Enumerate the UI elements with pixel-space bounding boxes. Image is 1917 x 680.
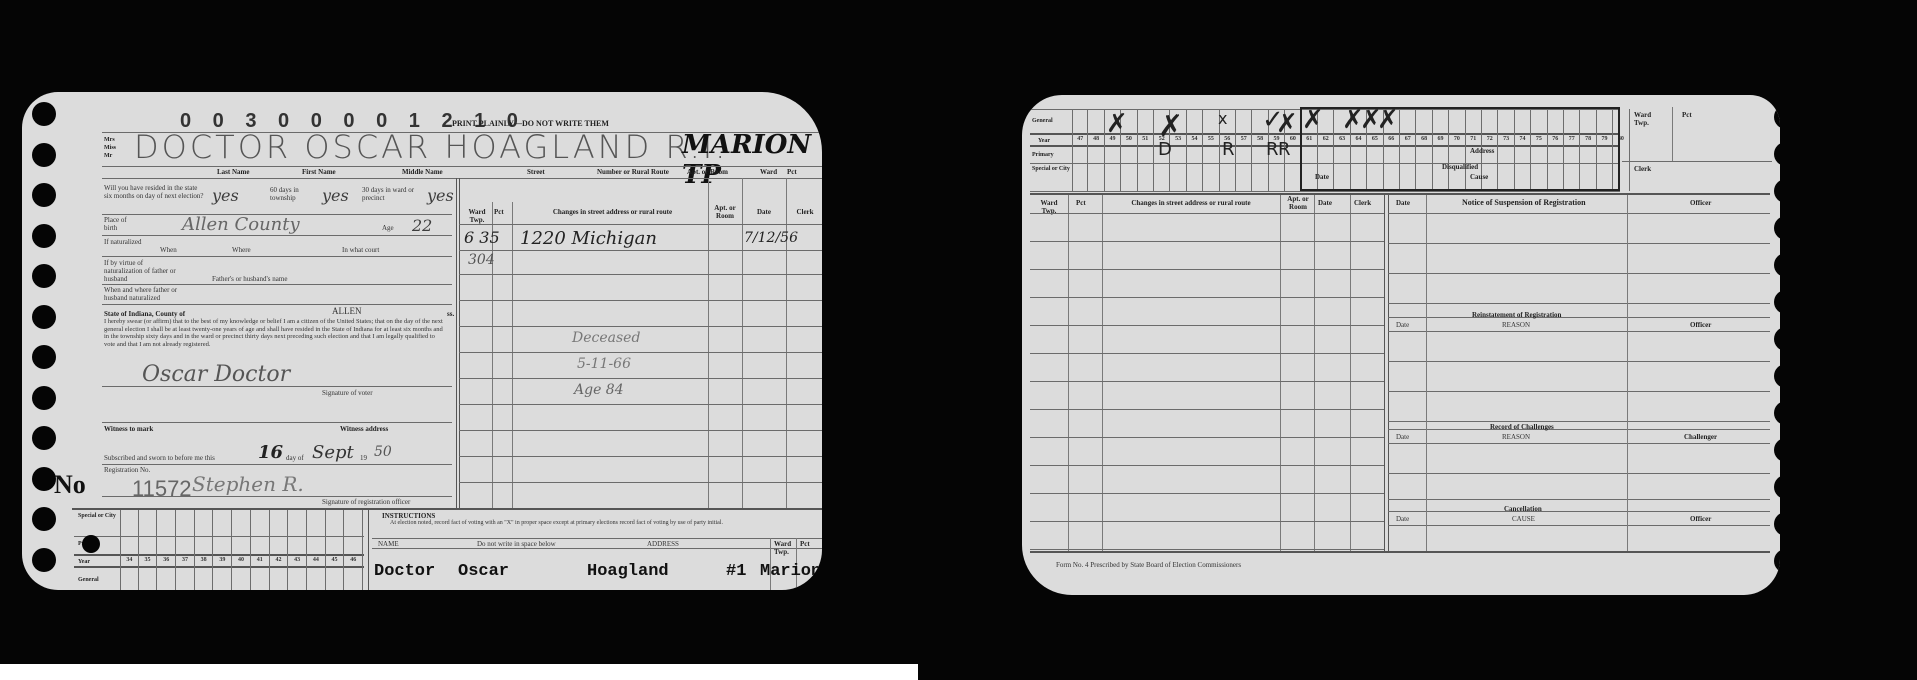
subscribed-month: Sept (312, 442, 354, 463)
vote-year-column: 46 (344, 510, 363, 590)
year-label: 35 (139, 557, 157, 563)
residence-state-value: yes (212, 186, 239, 205)
table-row-line (1030, 241, 1384, 242)
punch-hole (32, 548, 56, 572)
table-row-line (1030, 325, 1384, 326)
year-label: 42 (270, 557, 288, 563)
birth-label: Place of birth (104, 216, 134, 232)
punch-hole (1774, 512, 1780, 536)
witness-mark-label: Witness to mark (104, 425, 153, 433)
year-label: 44 (307, 557, 325, 563)
year-label: 54 (1187, 136, 1202, 142)
table-row-line (1030, 465, 1384, 466)
vote-year-column: 35 (139, 510, 158, 590)
section-row-line (1388, 243, 1770, 244)
punch-hole (32, 345, 56, 369)
punch-hole (32, 143, 56, 167)
days-ward-label: 30 days in ward or precinct (362, 186, 422, 202)
table-row-line (1030, 353, 1384, 354)
punch-hole (1774, 475, 1780, 499)
grid-inner-cause: Cause (1470, 173, 1488, 181)
typed-last-name: Hoagland (587, 562, 669, 581)
days-ward-value: yes (427, 186, 454, 205)
naturalized-label: If naturalized (104, 238, 144, 246)
vote-year-column: 57 (1236, 109, 1252, 191)
subscribed-day-label: day of (286, 454, 304, 462)
form-footer: Form No. 4 Prescribed by State Board of … (1056, 561, 1241, 569)
registration-no-label: Registration No. (104, 466, 150, 474)
days-township-label: 60 days in township (270, 186, 320, 202)
residence-question: Will you have resided in the state six m… (104, 184, 204, 200)
prefix-label: Mrs Miss Mr (104, 136, 122, 160)
deceased-age: Age 84 (574, 382, 624, 398)
table-row-line (1030, 437, 1384, 438)
voter-name-handwritten: DOCTOR OSCAR HOAGLAND R.I. (134, 128, 728, 166)
change-row-1-ward: 6 35 (464, 228, 500, 247)
registration-officer-signature: Stephen R. (192, 472, 304, 496)
section-row-line (1388, 473, 1770, 474)
instructions-do-not-write: Do not write in space below (477, 540, 556, 548)
deceased-note: Deceased (572, 330, 640, 346)
back-col-date: Date (1318, 199, 1332, 207)
section-row-line (1388, 391, 1770, 392)
label-pct: Pct (787, 168, 797, 176)
year-label: 45 (326, 557, 344, 563)
label-number: Number or Rural Route (597, 168, 669, 176)
col-pct: Pct (494, 208, 504, 216)
vote-year-column: 41 (251, 510, 270, 590)
primary-mark-52: R (1222, 139, 1235, 160)
punch-hole (1774, 290, 1780, 314)
naturalized-when: When (160, 246, 177, 254)
year-label: 38 (195, 557, 213, 563)
age-value: 22 (412, 216, 432, 235)
punch-hole (32, 102, 56, 126)
typed-township: Marion (760, 562, 821, 581)
vote-year-column: 34 (120, 510, 139, 590)
punch-hole (32, 264, 56, 288)
year-label: 51 (1138, 136, 1153, 142)
label-apt: Apt. or Room (687, 168, 728, 176)
section-row-line (1388, 331, 1770, 332)
vote-year-column: 51 (1138, 109, 1154, 191)
back-col-pct: Pct (1076, 199, 1086, 207)
registration-number: 11572 (132, 476, 192, 502)
suspension-title: Notice of Suspension of Registration (1462, 199, 1586, 207)
section-row-line (1388, 443, 1770, 444)
challenges-date-label: Date (1396, 433, 1409, 441)
vote-mark-60: ✗ (1302, 105, 1324, 135)
year-label: 48 (1088, 136, 1103, 142)
vote-year-column: 37 (176, 510, 195, 590)
witness-address-label: Witness address (340, 425, 388, 433)
punch-hole (1774, 549, 1780, 573)
header-note: PRINT PLAINLY—DO NOT WRITE THEM (452, 120, 609, 128)
reinstatement-date-label: Date (1396, 321, 1409, 329)
vote-year-column: 47 (1072, 109, 1088, 191)
table-row-line (1030, 521, 1384, 522)
grid-label-general: General (78, 576, 99, 584)
vote-year-column: 38 (195, 510, 214, 590)
vote-year-column: 43 (288, 510, 307, 590)
vote-year-column: 40 (232, 510, 251, 590)
primary-mark-50: D (1158, 139, 1172, 160)
vote-year-column: 44 (307, 510, 326, 590)
back-grid-label-year: Year (1038, 137, 1050, 145)
year-label: 34 (121, 557, 138, 563)
vote-mark-48: ✗ (1106, 109, 1128, 139)
section-row-line (1388, 303, 1770, 304)
table-row-line (1030, 213, 1384, 214)
back-grid-label-primary: Primary (1032, 151, 1054, 159)
township-handwritten: MARION TP (682, 130, 822, 190)
registration-officer-label: Signature of registration officer (322, 498, 410, 506)
punch-hole (32, 386, 56, 410)
punch-hole (32, 305, 56, 329)
section-row-line (1388, 273, 1770, 274)
punch-hole (32, 467, 56, 491)
col-date: Date (744, 208, 784, 216)
naturalized-court: In what court (342, 246, 379, 254)
oath-ss: ss. (447, 310, 454, 318)
section-row-line (1388, 317, 1770, 318)
cancellation-officer-label: Officer (1690, 515, 1711, 523)
instructions-name-label: NAME (378, 540, 399, 548)
vote-year-column: 54 (1187, 109, 1203, 191)
punch-hole (1774, 253, 1780, 277)
back-side-clerk: Clerk (1634, 165, 1651, 173)
label-ward: Ward (760, 168, 777, 176)
challenges-title: Record of Challenges (1490, 423, 1554, 431)
registration-card-back: General Year Primary Special or City 474… (1022, 95, 1780, 595)
label-street: Street (527, 168, 545, 176)
instructions-address-label: ADDRESS (647, 540, 679, 548)
punch-hole (1774, 216, 1780, 240)
col-apt: Apt. or Room (710, 204, 740, 220)
year-label: 46 (344, 557, 362, 563)
grid-inner-disqualified: Disqualified (1442, 163, 1478, 171)
col-ward-twp: Ward Twp. (464, 208, 490, 224)
registration-card-front: 0 0 3 0 0 0 0 1 2 1 0 PRINT PLAINLY—DO N… (22, 92, 822, 590)
punch-hole (1774, 327, 1780, 351)
father-name-label: Father's or husband's name (212, 275, 287, 283)
change-row-1-date: 7/12/56 (744, 230, 798, 246)
vote-mark-64: ✗ (1377, 105, 1399, 135)
punch-hole (1774, 105, 1780, 129)
vote-year-column: 36 (157, 510, 176, 590)
reinstatement-reason-label: REASON (1502, 321, 1530, 329)
back-side-pct: Pct (1682, 111, 1692, 119)
age-label: Age (382, 224, 394, 232)
punch-hole (32, 426, 56, 450)
typed-second-name: Oscar (458, 562, 509, 581)
oath-text: I hereby swear (or affirm) that to the b… (104, 318, 444, 348)
vote-year-column: 42 (270, 510, 289, 590)
punch-hole (1774, 364, 1780, 388)
scan-margin-strip (0, 664, 918, 680)
punch-hole (1774, 401, 1780, 425)
punch-hole (1774, 438, 1780, 462)
primary-mark-54: R (1266, 139, 1279, 160)
punch-hole-notch (82, 535, 100, 553)
change-row-2-ward: 304 (468, 252, 495, 268)
section-row-line (1388, 511, 1770, 512)
vote-year-column: 48 (1088, 109, 1104, 191)
days-township-value: yes (322, 186, 349, 205)
punch-hole (1774, 142, 1780, 166)
col-changes: Changes in street address or rural route (520, 208, 705, 216)
oath-state-county-label: State of Indiana, County of (104, 310, 185, 318)
grid-label-special: Special or City (78, 512, 116, 520)
year-label: 55 (1203, 136, 1218, 142)
deceased-date: 5-11-66 (577, 356, 631, 372)
typed-precinct: #1 (726, 562, 746, 581)
father-naturalization-label: If by virtue of naturalization of father… (104, 259, 179, 283)
back-side-ward: Ward Twp. (1634, 111, 1660, 127)
subscribed-year-label: 19 (360, 454, 367, 462)
year-label: 41 (251, 557, 269, 563)
year-label: 37 (176, 557, 194, 563)
punch-hole (1774, 179, 1780, 203)
vote-mark-52: x (1218, 109, 1227, 128)
front-voting-grid: Special or City Primary Year General 343… (74, 510, 364, 590)
label-last-name: Last Name (217, 168, 249, 176)
vote-year-column: 45 (326, 510, 345, 590)
punch-hole (32, 224, 56, 248)
section-row-line (1388, 499, 1770, 500)
oath-county-value: ALLEN (332, 307, 362, 315)
year-label: 57 (1236, 136, 1251, 142)
vote-mark-58: ✗ (1276, 109, 1298, 139)
subscribed-day: 16 (258, 442, 283, 463)
primary-mark-58: R (1278, 139, 1291, 160)
section-row-line (1388, 213, 1770, 214)
punch-hole (32, 183, 56, 207)
change-row-1-address: 1220 Michigan (520, 228, 657, 249)
section-row-line (1388, 429, 1770, 430)
suspension-date-label: Date (1396, 199, 1410, 207)
section-row-line (1388, 421, 1770, 422)
year-label: 47 (1073, 136, 1087, 142)
label-first-name: First Name (302, 168, 336, 176)
table-row-line (1030, 381, 1384, 382)
cancellation-date-label: Date (1396, 515, 1409, 523)
punch-hole (32, 507, 56, 531)
subscribed-year: 50 (374, 444, 392, 460)
year-label: 43 (288, 557, 306, 563)
typed-first-name: Doctor (374, 562, 435, 581)
back-col-changes: Changes in street address or rural route (1106, 199, 1276, 207)
grid-inner-address: Address (1470, 147, 1494, 155)
reinstatement-title: Reinstatement of Registration (1472, 311, 1561, 319)
back-col-clerk: Clerk (1354, 199, 1371, 207)
naturalized-where: Where (232, 246, 251, 254)
year-label: 40 (232, 557, 250, 563)
voter-signature: Oscar Doctor (142, 362, 290, 387)
grid-label-year: Year (78, 558, 90, 566)
vote-year-column: 39 (214, 510, 233, 590)
cancellation-cause-label: CAUSE (1512, 515, 1535, 523)
year-label: 36 (157, 557, 175, 563)
back-grid-label-special: Special or City (1032, 165, 1070, 173)
instructions-title: INSTRUCTIONS (382, 512, 435, 520)
challenges-reason-label: REASON (1502, 433, 1530, 441)
table-row-line (1030, 493, 1384, 494)
table-row-line (1030, 269, 1384, 270)
reinstatement-officer-label: Officer (1690, 321, 1711, 329)
suspension-officer-label: Officer (1690, 199, 1711, 207)
instructions-pct-label: Pct (800, 540, 810, 548)
grid-inner-date: Date (1315, 173, 1329, 181)
col-clerk: Clerk (788, 208, 822, 216)
cancellation-title: Cancellation (1504, 505, 1542, 513)
subscribed-label: Subscribed and sworn to before me this (104, 454, 215, 462)
signature-voter-label: Signature of voter (322, 389, 373, 397)
back-grid-label-general: General (1032, 117, 1072, 125)
label-middle-name: Middle Name (402, 168, 443, 176)
table-row-line (1030, 549, 1384, 550)
table-row-line (1030, 297, 1384, 298)
section-row-line (1388, 525, 1770, 526)
section-row-line (1388, 361, 1770, 362)
number-symbol: No (54, 470, 86, 500)
table-row-line (1030, 409, 1384, 410)
instructions-text: At election noted, record fact of voting… (390, 520, 790, 527)
year-label: 39 (214, 557, 232, 563)
father-when-where-label: When and where father or husband natural… (104, 286, 184, 302)
back-col-apt: Apt. or Room (1283, 195, 1313, 211)
challenger-label: Challenger (1684, 433, 1717, 441)
birth-value: Allen County (182, 214, 300, 235)
